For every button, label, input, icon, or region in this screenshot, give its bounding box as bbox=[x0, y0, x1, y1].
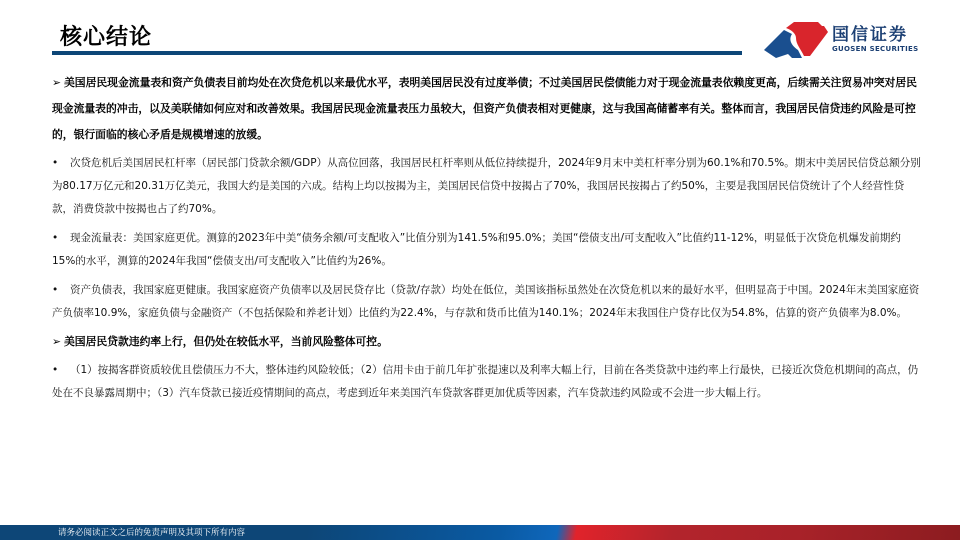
bullet-icon: • bbox=[52, 227, 70, 250]
key-point-1: ➢美国居民现金流量表和资产负债表目前均处在次贷危机以来最优水平，表明美国居民没有… bbox=[52, 70, 922, 148]
bullet-leverage: •次贷危机后美国居民杠杆率（居民部门贷款余额/GDP）从高位回落，我国居民杠杆率… bbox=[52, 152, 922, 221]
bullet-text: （1）按揭客群资质较优且偿债压力不大，整体违约风险较低；（2）信用卡由于前几年扩… bbox=[52, 364, 918, 399]
title-underline bbox=[52, 51, 742, 55]
bullet-icon: • bbox=[52, 279, 70, 302]
arrow-marker-icon: ➢ bbox=[52, 70, 64, 96]
logo-english-name: GUOSEN SECURITIES bbox=[832, 45, 918, 53]
bullet-icon: • bbox=[52, 359, 70, 382]
bullet-balance-sheet: •资产负债表，我国家庭更健康。我国家庭资产负债率以及居民贷存比（贷款/存款）均处… bbox=[52, 279, 922, 325]
logo-chinese-name: 国信证券 bbox=[832, 20, 908, 45]
guosen-logo-icon bbox=[762, 20, 832, 60]
key-point-2: ➢美国居民贷款违约率上行，但仍处在较低水平，当前风险整体可控。 bbox=[52, 329, 922, 355]
company-logo: 国信证券 GUOSEN SECURITIES bbox=[762, 16, 952, 60]
conclusion-content: ➢美国居民现金流量表和资产负债表目前均处在次贷危机以来最优水平，表明美国居民没有… bbox=[52, 70, 922, 405]
bullet-icon: • bbox=[52, 152, 70, 175]
bullet-text: 次贷危机后美国居民杠杆率（居民部门贷款余额/GDP）从高位回落，我国居民杠杆率则… bbox=[52, 157, 921, 215]
footer-bar: 请务必阅读正文之后的免责声明及其项下所有内容 bbox=[0, 525, 960, 540]
disclaimer-text: 请务必阅读正文之后的免责声明及其项下所有内容 bbox=[58, 526, 245, 538]
bullet-default-rates: •（1）按揭客群资质较优且偿债压力不大，整体违约风险较低；（2）信用卡由于前几年… bbox=[52, 359, 922, 405]
page-title: 核心结论 bbox=[60, 20, 152, 51]
bullet-text: 资产负债表，我国家庭更健康。我国家庭资产负债率以及居民贷存比（贷款/存款）均处在… bbox=[52, 284, 919, 319]
bullet-cash-flow: •现金流量表：美国家庭更优。测算的2023年中美“债务余额/可支配收入”比值分别… bbox=[52, 227, 922, 273]
arrow-marker-icon: ➢ bbox=[52, 329, 64, 355]
key-point-text: 美国居民现金流量表和资产负债表目前均处在次贷危机以来最优水平，表明美国居民没有过… bbox=[52, 76, 917, 141]
key-point-text: 美国居民贷款违约率上行，但仍处在较低水平，当前风险整体可控。 bbox=[64, 335, 388, 348]
bullet-text: 现金流量表：美国家庭更优。测算的2023年中美“债务余额/可支配收入”比值分别为… bbox=[52, 232, 901, 267]
